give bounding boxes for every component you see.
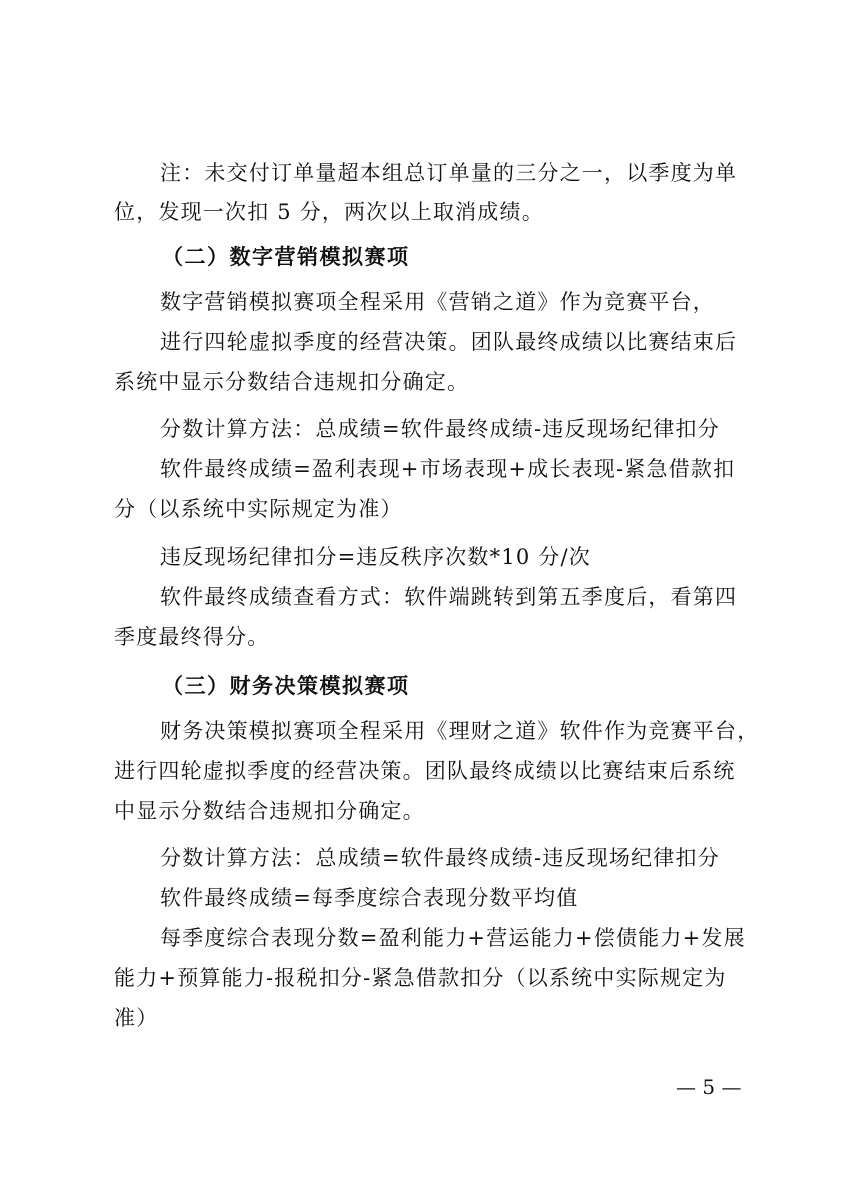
software-score-formula-line: 软件最终成绩=盈利表现+市场表现+成长表现-紧急借款扣 — [160, 455, 735, 483]
document-page: 注：未交付订单量超本组总订单量的三分之一，以季度为单 位，发现一次扣 5 分，两… — [0, 0, 848, 1200]
software-score-formula-line-cont: 分（以系统中实际规定为准） — [114, 495, 403, 523]
quarterly-score-formula-line-end: 准） — [114, 1004, 158, 1032]
section-heading-digital-marketing: （二）数字营销模拟赛项 — [162, 243, 410, 271]
paragraph-line: 中显示分数结合违规扣分确定。 — [114, 797, 425, 825]
paragraph-line: 进行四轮虚拟季度的经营决策。团队最终成绩以比赛结束后 — [160, 328, 737, 356]
paragraph-line: 进行四轮虚拟季度的经营决策。团队最终成绩以比赛结束后系统 — [114, 757, 736, 785]
quarterly-score-formula-line-cont: 能力+预算能力-报税扣分-紧急借款扣分（以系统中实际规定为 — [114, 964, 727, 992]
score-formula-line: 分数计算方法：总成绩=软件最终成绩-违反现场纪律扣分 — [160, 844, 720, 872]
software-score-formula-line: 软件最终成绩=每季度综合表现分数平均值 — [160, 884, 578, 912]
paragraph-line: 系统中显示分数结合违规扣分确定。 — [114, 368, 469, 396]
page-number: — 5 — — [676, 1073, 741, 1101]
section-heading-financial-decision: （三）财务决策模拟赛项 — [162, 672, 410, 700]
note-paragraph-line-1: 注：未交付订单量超本组总订单量的三分之一，以季度为单 — [160, 159, 737, 187]
discipline-deduction-line: 违反现场纪律扣分=违反秩序次数*10 分/次 — [160, 543, 591, 571]
score-view-method-line: 软件最终成绩查看方式：软件端跳转到第五季度后，看第四 — [160, 583, 737, 611]
paragraph-line: 数字营销模拟赛项全程采用《营销之道》作为竞赛平台， — [160, 288, 715, 316]
note-paragraph-line-2: 位，发现一次扣 5 分，两次以上取消成绩。 — [114, 198, 544, 226]
paragraph-line: 财务决策模拟赛项全程采用《理财之道》软件作为竞赛平台， — [160, 717, 759, 745]
quarterly-score-formula-line: 每季度综合表现分数=盈利能力+营运能力+偿债能力+发展 — [160, 924, 746, 952]
score-formula-line: 分数计算方法：总成绩=软件最终成绩-违反现场纪律扣分 — [160, 415, 720, 443]
score-view-method-line-cont: 季度最终得分。 — [114, 623, 269, 651]
